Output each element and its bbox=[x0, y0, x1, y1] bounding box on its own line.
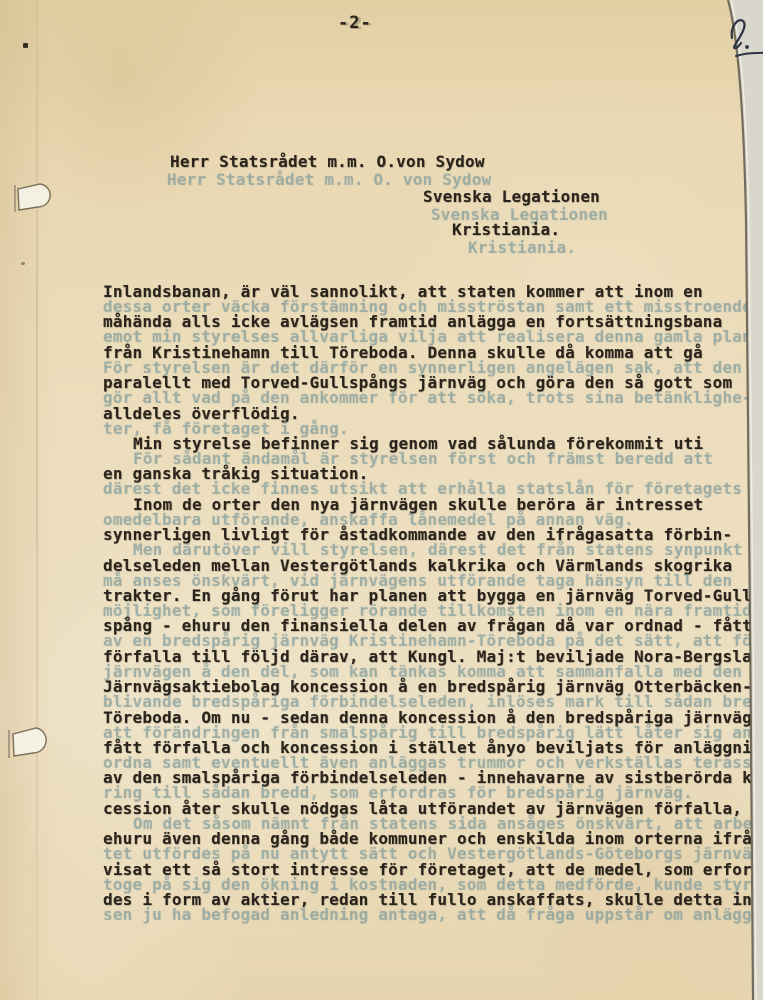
text-row: trakter. En gång förut har planen att by… bbox=[103, 586, 763, 618]
text-row: fått förfalla och koncession i stället å… bbox=[103, 738, 763, 770]
text-row: förfalla till följd därav, att Kungl. Ma… bbox=[103, 647, 763, 679]
text-row: Min styrelse befinner sig genom vad sålu… bbox=[103, 434, 763, 466]
text-row: synnerligen livligt för åstadkommande av… bbox=[103, 525, 763, 557]
punch-hole-bottom bbox=[7, 724, 51, 762]
text-row: Inlandsbanan, är väl sannolikt, att stat… bbox=[103, 282, 763, 314]
text-row: des i form av aktier, redan till fullo a… bbox=[103, 890, 763, 922]
text-row: från Kristinehamn till Töreboda. Denna s… bbox=[103, 343, 763, 375]
ghost-line: sen ju ha befogad anledning antaga, att … bbox=[103, 905, 762, 924]
text-row: av den smalspåriga förbindelseleden - in… bbox=[103, 768, 763, 800]
text-row: Järnvägsaktiebolag koncession å en breds… bbox=[103, 677, 763, 709]
text-row: paralellt med Torved-Gullspångs järnväg … bbox=[103, 373, 763, 405]
document-page: -2- Herr Statsrådet m.m. O. von Sydow He… bbox=[0, 0, 763, 1000]
punch-hole-top bbox=[13, 180, 55, 216]
text-row: delseleden mellan Vestergötlands kalkrik… bbox=[103, 556, 763, 588]
text-row: ehuru även denna gång både kommuner och … bbox=[103, 829, 763, 861]
handwritten-mark-icon bbox=[722, 14, 763, 64]
text-row: Inom de orter den nya järnvägen skulle b… bbox=[103, 495, 763, 527]
page-edge bbox=[713, 0, 763, 1000]
text-row: visat ett så stort intresse för företage… bbox=[103, 860, 763, 892]
text-row: spång - ehuru den finansiella delen av f… bbox=[103, 616, 763, 648]
text-row: cession åter skulle nödgas låta utförand… bbox=[103, 799, 763, 831]
text-row: alldeles överflödig. ter, få företaget i… bbox=[103, 404, 763, 436]
letter-body: Inlandsbanan, är väl sannolikt, att stat… bbox=[0, 0, 763, 1000]
text-row: Töreboda. Om nu - sedan denna koncession… bbox=[103, 708, 763, 740]
text-row: en ganska tråkig situation. därest det i… bbox=[103, 464, 763, 496]
text-row: måhända alls icke avlägsen framtid anläg… bbox=[103, 312, 763, 344]
